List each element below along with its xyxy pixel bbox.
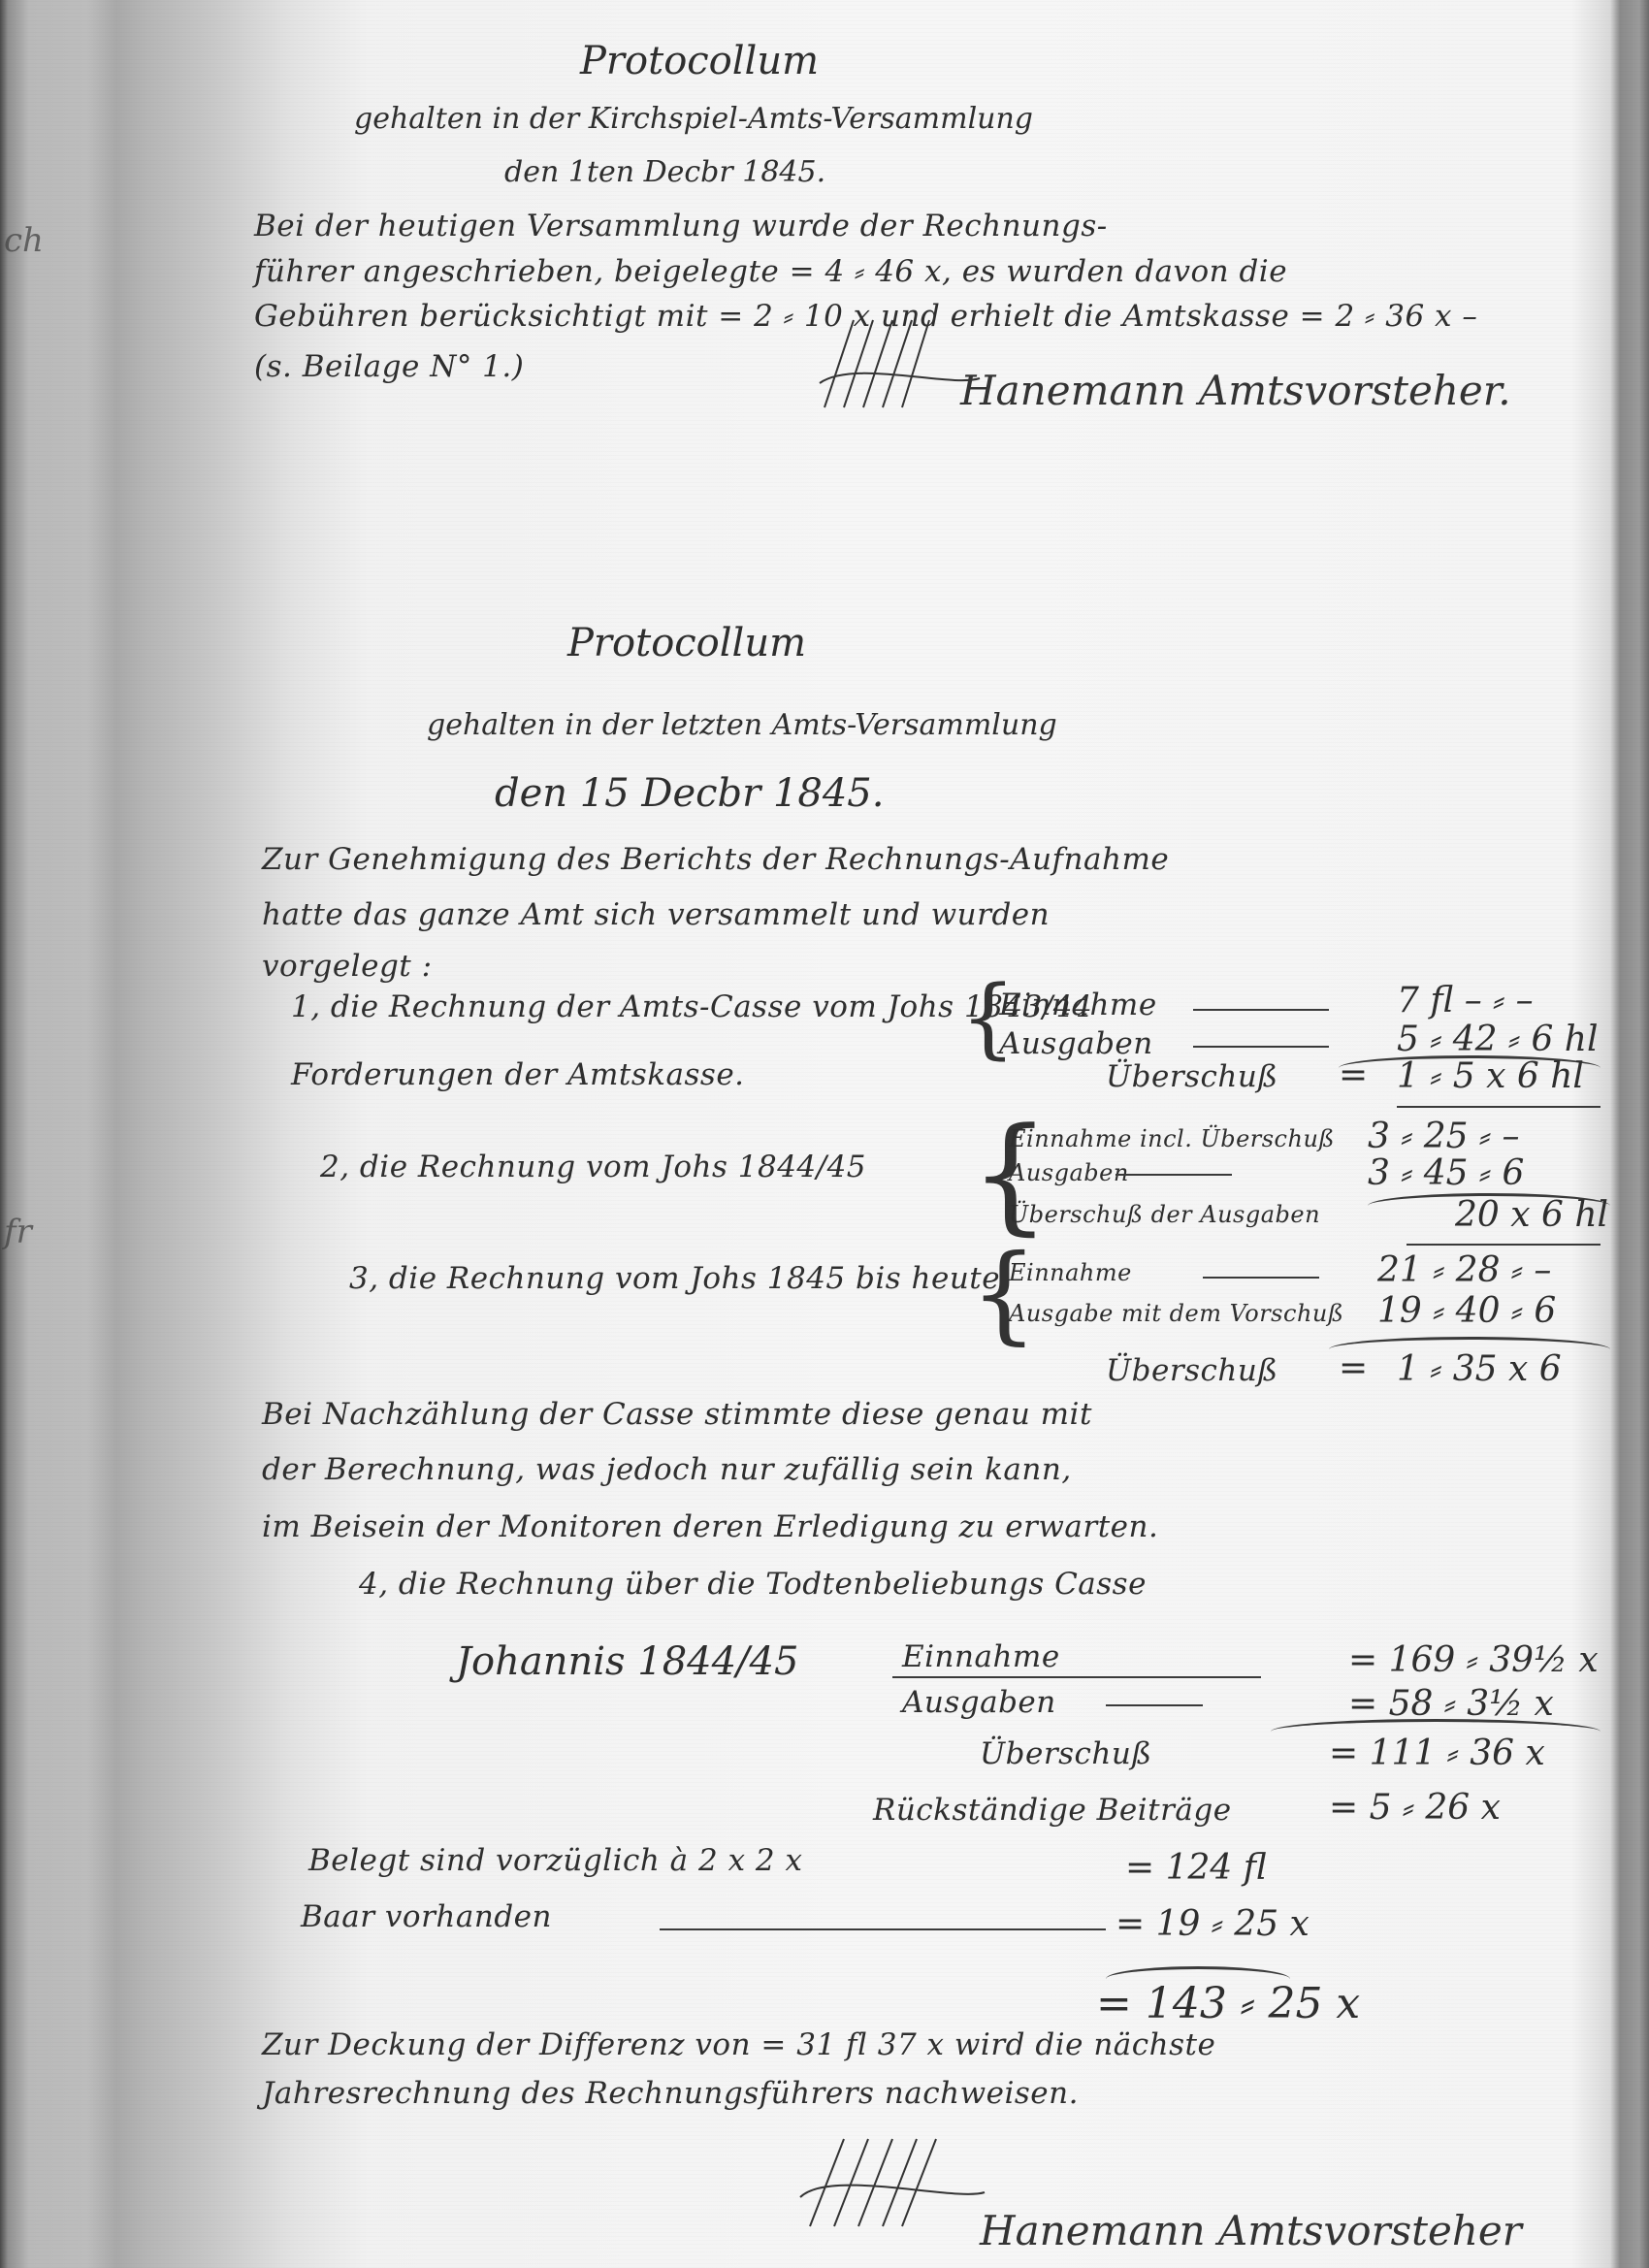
account-row-value: 7 fl – ⸗ –	[1397, 980, 1534, 1021]
account-row-value: 19 ⸗ 40 ⸗ 6	[1377, 1290, 1556, 1331]
protocol-2-date: den 15 Decbr 1845.	[495, 771, 884, 816]
leader-line	[892, 1676, 1261, 1678]
leader-line	[1193, 1046, 1329, 1048]
outstanding-value: = 5 ⸗ 26 x	[1329, 1787, 1501, 1828]
result-label: Überschuß	[1106, 1353, 1278, 1388]
account-row-label: Ausgaben	[1009, 1159, 1129, 1186]
cash-label: Belegt sind vorzüglich à 2 x 2 x	[308, 1843, 803, 1878]
account-1-note: Forderungen der Amtskasse.	[291, 1057, 745, 1092]
intro-line: hatte das ganze Amt sich versammelt und …	[262, 897, 1050, 932]
protocol-2-title: Protocollum	[567, 621, 806, 665]
cash-value: = 19 ⸗ 25 x	[1115, 1903, 1309, 1944]
account-row-value: = 169 ⸗ 39½ x	[1348, 1639, 1599, 1680]
protocol-2-subtitle: gehalten in der letzten Amts-Versammlung	[427, 708, 1057, 742]
account-row-label: Einnahme incl. Überschuß	[1009, 1125, 1335, 1152]
leader-line	[1106, 1704, 1203, 1706]
account-row-label: Einnahme	[902, 1639, 1060, 1674]
account-4-label: 4, die Rechnung über die Todtenbeliebung…	[359, 1567, 1147, 1602]
paragraph-line: der Berechnung, was jedoch nur zufällig …	[262, 1452, 1072, 1487]
paragraph-line: im Beisein der Monitoren deren Erledigun…	[262, 1509, 1158, 1544]
protocol-1-line: führer angeschrieben, beigelegte = 4 ⸗ 4…	[254, 254, 1287, 289]
account-row-label: Ausgaben	[902, 1685, 1056, 1720]
account-2-label: 2, die Rechnung vom Johs 1844/45	[320, 1150, 866, 1184]
account-row-value: 3 ⸗ 25 ⸗ –	[1368, 1116, 1519, 1156]
leader-line	[1115, 1174, 1232, 1176]
account-row-value: 5 ⸗ 42 ⸗ 6 hl	[1397, 1019, 1599, 1059]
account-row-value: = 58 ⸗ 3½ x	[1348, 1683, 1554, 1724]
intro-line: vorgelegt :	[262, 949, 433, 984]
underline	[1406, 1244, 1600, 1246]
result-label: Überschuß	[1106, 1059, 1278, 1094]
paragraph-line: Bei Nachzählung der Casse stimmte diese …	[262, 1397, 1092, 1432]
protocol-1-date: den 1ten Decbr 1845.	[504, 155, 825, 189]
result-value: 1 ⸗ 5 x 6 hl	[1397, 1055, 1584, 1096]
account-row-label: Ausgaben	[999, 1026, 1153, 1061]
outstanding-label: Rückständige Beiträge	[873, 1793, 1232, 1828]
equals-sign: =	[1339, 1055, 1368, 1095]
account-row-value: 20 x 6 hl	[1455, 1195, 1608, 1235]
result-label: Überschuß	[980, 1736, 1152, 1771]
protocol-1-subtitle: gehalten in der Kirchspiel-Amts-Versamml…	[354, 102, 1033, 136]
account-3-label: 3, die Rechnung vom Johs 1845 bis heute	[349, 1261, 1000, 1296]
account-row-label: Einnahme	[999, 988, 1157, 1022]
leader-line	[660, 1928, 1106, 1930]
signature-flourish	[791, 2129, 1004, 2236]
leader-line	[1193, 1009, 1329, 1011]
intro-line: Zur Genehmigung des Berichts der Rechnun…	[262, 842, 1169, 877]
protocol-1-line: (s. Beilage N° 1.)	[254, 349, 524, 384]
cash-value: = 124 fl	[1125, 1848, 1267, 1888]
account-4-period: Johannis 1844/45	[456, 1639, 798, 1684]
protocol-2-signature: Hanemann Amtsvorsteher	[980, 2207, 1522, 2254]
closing-line: Zur Deckung der Differenz von = 31 fl 37…	[262, 2027, 1215, 2062]
protocol-1-signature: Hanemann Amtsvorsteher.	[960, 367, 1511, 414]
double-underline	[1397, 1106, 1600, 1108]
margin-mark: fr	[4, 1213, 32, 1251]
account-row-value: 21 ⸗ 28 ⸗ –	[1377, 1249, 1551, 1290]
cash-label: Baar vorhanden	[301, 1899, 552, 1934]
closing-line: Jahresrechnung des Rechnungsführers nach…	[262, 2076, 1079, 2111]
protocol-1-line: Bei der heutigen Versammlung wurde der R…	[254, 209, 1108, 243]
account-row-label: Ausgabe mit dem Vorschuß	[1009, 1300, 1343, 1327]
protocol-1-title: Protocollum	[580, 39, 819, 83]
margin-mark: ch	[4, 221, 44, 260]
account-row-value: 3 ⸗ 45 ⸗ 6	[1368, 1152, 1524, 1193]
result-value: = 111 ⸗ 36 x	[1329, 1733, 1545, 1773]
account-row-label: Einnahme	[1009, 1259, 1132, 1286]
cash-total: = 143 ⸗ 25 x	[1096, 1979, 1360, 2028]
account-row-label: Überschuß der Ausgaben	[1009, 1201, 1320, 1228]
brace: {	[970, 1240, 1038, 1346]
result-value: 1 ⸗ 35 x 6	[1397, 1348, 1562, 1389]
leader-line	[1203, 1277, 1319, 1279]
equals-sign: =	[1339, 1348, 1368, 1388]
